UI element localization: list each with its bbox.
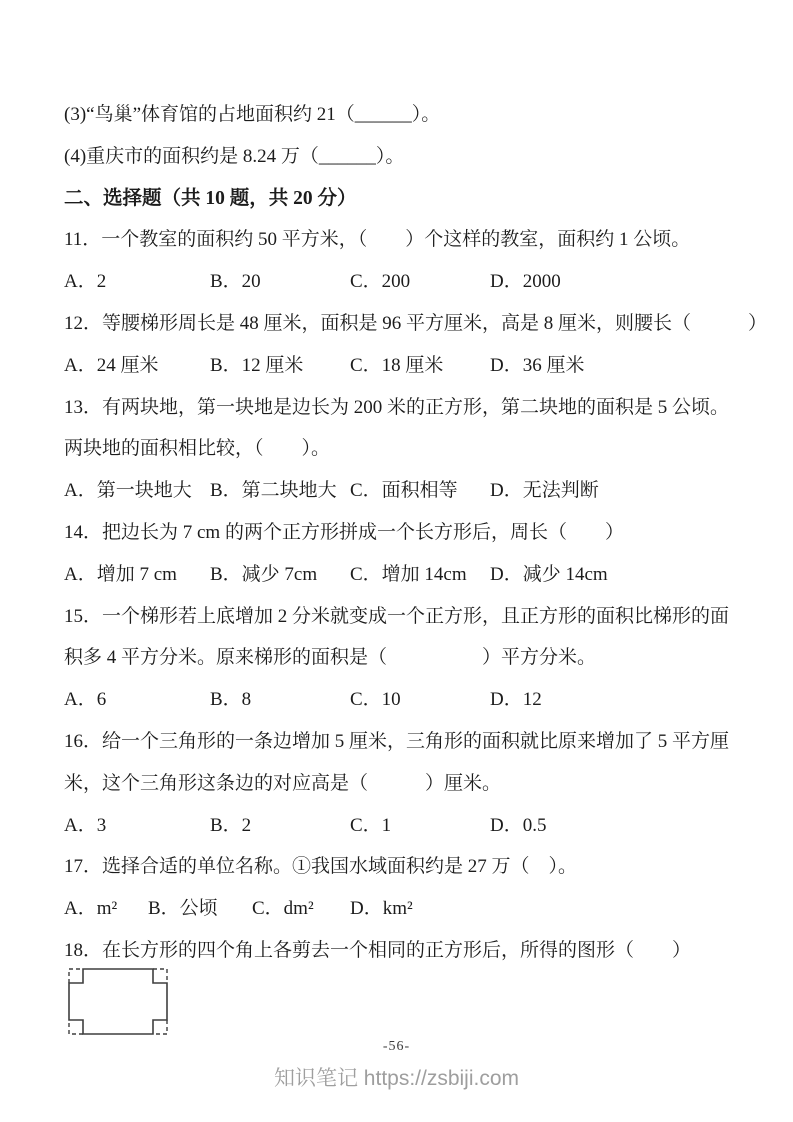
question-11-text: 11．一个教室的面积约 50 平方米，（ ）个这样的教室，面积约 1 公顷。 [64,219,737,261]
q11-option-a: A．2 [64,261,210,303]
q17-option-d: D．km² [350,888,737,930]
question-15-text-line2: 积多 4 平方分米。原来梯形的面积是（ ）平方分米。 [64,637,737,679]
question-12-options: A．24 厘米 B．12 厘米 C．18 厘米 D．36 厘米 [64,345,737,387]
section-title-choice: 二、选择题（共 10 题，共 20 分） [64,178,737,220]
q15-option-d: D．12 [490,679,737,721]
q17-option-a: A．m² [64,888,148,930]
question-18-text: 18．在长方形的四个角上各剪去一个相同的正方形后，所得的图形（ ） [64,930,737,972]
q17-option-c: C．dm² [252,888,350,930]
q13-option-a: A．第一块地大 [64,470,210,512]
q14-option-a: A．增加 7 cm [64,554,210,596]
q16-option-c: C．1 [350,805,490,847]
q12-option-d: D．36 厘米 [490,345,737,387]
question-15-options: A．6 B．8 C．10 D．12 [64,679,737,721]
question-13-text-line2: 两块地的面积相比较，（ ）。 [64,428,737,470]
q14-option-b: B．减少 7cm [210,554,350,596]
q14-option-d: D．减少 14cm [490,554,737,596]
exam-content: (3)“鸟巢”体育馆的占地面积约 21（______）。 (4)重庆市的面积约是… [64,94,737,1040]
page-footer: -56- 知识笔记 https://zsbiji.com [0,1038,793,1092]
question-14-text: 14．把边长为 7 cm 的两个正方形拼成一个长方形后，周长（ ） [64,512,737,554]
question-17-text: 17．选择合适的单位名称。①我国水域面积约是 27 万（ ）。 [64,846,737,888]
question-16-text-line1: 16．给一个三角形的一条边增加 5 厘米，三角形的面积就比原来增加了 5 平方厘 [64,721,737,763]
q11-option-b: B．20 [210,261,350,303]
fill-blank-item-4: (4)重庆市的面积约是 8.24 万（______）。 [64,136,737,178]
question-18-figure [64,968,737,1040]
question-15-text-line1: 15．一个梯形若上底增加 2 分米就变成一个正方形，且正方形的面积比梯形的面 [64,596,737,638]
question-11-options: A．2 B．20 C．200 D．2000 [64,261,737,303]
question-14-options: A．增加 7 cm B．减少 7cm C．增加 14cm D．减少 14cm [64,554,737,596]
question-13-options: A．第一块地大 B．第二块地大 C．面积相等 D．无法判断 [64,470,737,512]
q16-option-d: D．0.5 [490,805,737,847]
q13-option-c: C．面积相等 [350,470,490,512]
q11-option-d: D．2000 [490,261,737,303]
question-12-text: 12．等腰梯形周长是 48 厘米，面积是 96 平方厘米，高是 8 厘米，则腰长… [64,303,737,345]
q16-option-a: A．3 [64,805,210,847]
page-number: -56- [0,1038,793,1056]
q15-option-c: C．10 [350,679,490,721]
q13-option-b: B．第二块地大 [210,470,350,512]
rectangle-corners-cut-figure [68,968,168,1036]
question-17-options: A．m² B．公顷 C．dm² D．km² [64,888,737,930]
q15-option-b: B．8 [210,679,350,721]
exam-page: (3)“鸟巢”体育馆的占地面积约 21（______）。 (4)重庆市的面积约是… [0,0,793,1122]
question-13-text-line1: 13．有两块地，第一块地是边长为 200 米的正方形，第二块地的面积是 5 公顷… [64,387,737,429]
q12-option-c: C．18 厘米 [350,345,490,387]
q12-option-b: B．12 厘米 [210,345,350,387]
q15-option-a: A．6 [64,679,210,721]
footer-site-label: 知识笔记 https://zsbiji.com [0,1066,793,1092]
q17-option-b: B．公顷 [148,888,252,930]
question-16-options: A．3 B．2 C．1 D．0.5 [64,805,737,847]
q14-option-c: C．增加 14cm [350,554,490,596]
question-16-text-line2: 米，这个三角形这条边的对应高是（ ）厘米。 [64,763,737,805]
q11-option-c: C．200 [350,261,490,303]
q16-option-b: B．2 [210,805,350,847]
fill-blank-item-3: (3)“鸟巢”体育馆的占地面积约 21（______）。 [64,94,737,136]
q13-option-d: D．无法判断 [490,470,737,512]
q12-option-a: A．24 厘米 [64,345,210,387]
